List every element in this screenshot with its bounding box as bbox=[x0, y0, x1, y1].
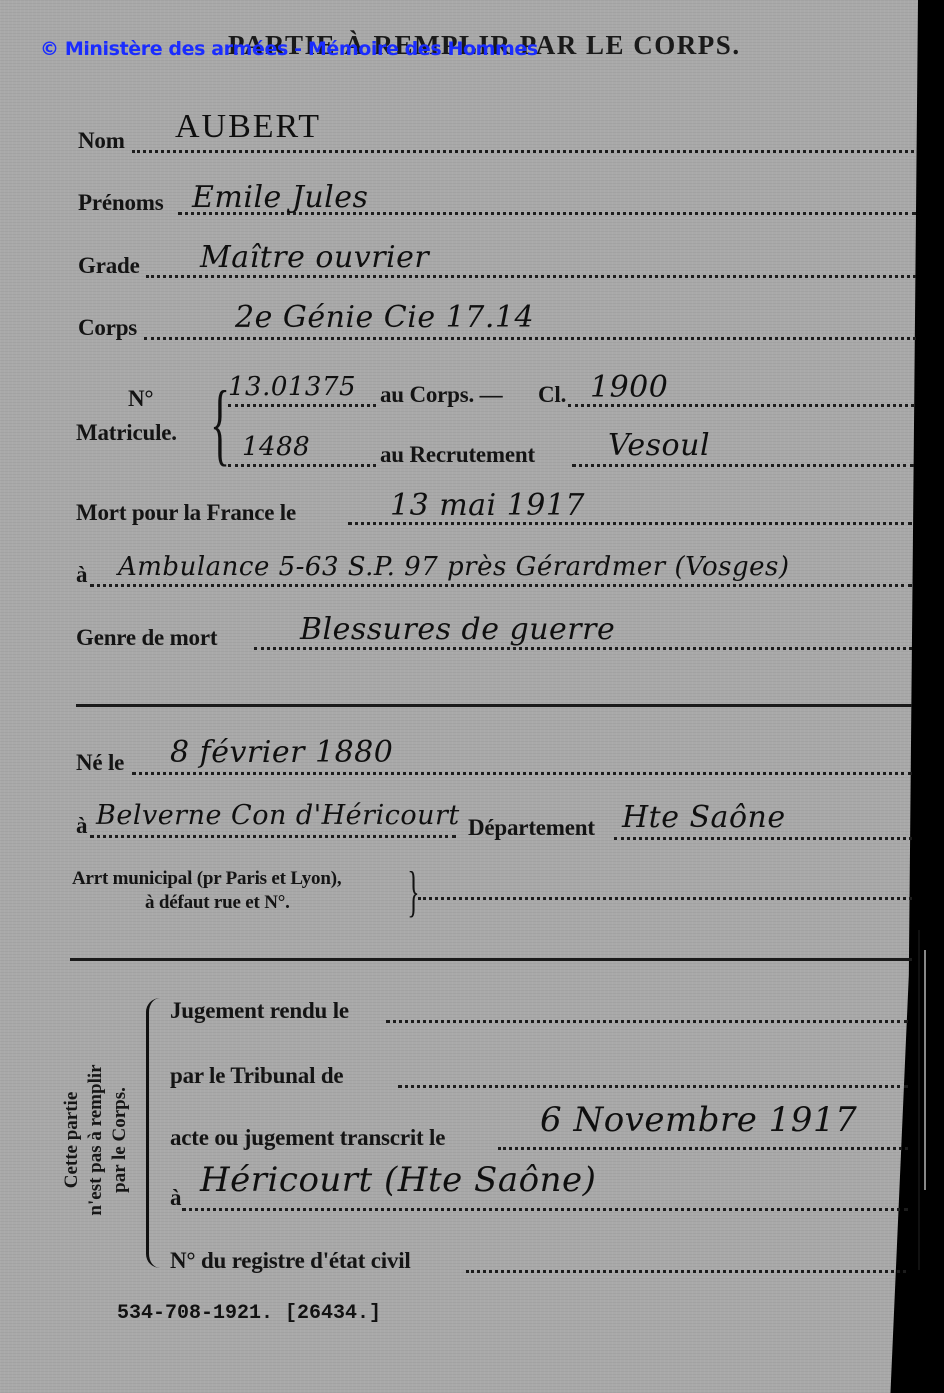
matricule-corps-number: 13.01375 bbox=[228, 372, 356, 402]
nom-value: AUBERT bbox=[175, 108, 321, 146]
copyright-watermark: © Ministère des armées - Mémoire des Hom… bbox=[40, 38, 538, 60]
mort-date-label: Mort pour la France le bbox=[76, 500, 296, 526]
ne-lieu-line bbox=[90, 835, 456, 838]
grade-line bbox=[146, 275, 916, 278]
registre-label: N° du registre d'état civil bbox=[170, 1248, 411, 1274]
au-recrutement-label: au Recrutement bbox=[380, 442, 535, 468]
page-edge-line bbox=[924, 950, 926, 1190]
tribunal-line bbox=[398, 1085, 908, 1088]
jugement-line bbox=[386, 1020, 908, 1023]
corps-value: 2e Génie Cie 17.14 bbox=[235, 300, 534, 335]
form-reference-code: 534-708-1921. [26434.] bbox=[117, 1302, 381, 1325]
tribunal-brace bbox=[146, 998, 163, 1268]
transcrit-lieu-value: Héricourt (Hte Saône) bbox=[200, 1160, 596, 1200]
mort-lieu-line bbox=[90, 584, 912, 587]
matricule-label: Matricule. bbox=[76, 420, 177, 446]
side-note: Cette partie n'est pas à remplir par le … bbox=[60, 1040, 132, 1240]
mort-date-value: 13 mai 1917 bbox=[390, 488, 585, 523]
jugement-label: Jugement rendu le bbox=[170, 998, 349, 1024]
corps-line bbox=[144, 337, 916, 340]
prenoms-value: Emile Jules bbox=[192, 180, 368, 215]
recrutement-line bbox=[572, 464, 914, 467]
ne-le-label: Né le bbox=[76, 750, 124, 776]
transcrit-lieu-label: à bbox=[170, 1185, 181, 1211]
recrutement-number-line bbox=[228, 464, 376, 467]
genre-mort-label: Genre de mort bbox=[76, 625, 217, 651]
arr-municipal-label: Arrt municipal (pr Paris et Lyon), bbox=[72, 868, 341, 890]
arr-municipal-label-2: à défaut rue et N°. bbox=[145, 892, 290, 914]
departement-line bbox=[614, 837, 912, 840]
transcrit-line bbox=[498, 1147, 908, 1150]
departement-label: Département bbox=[468, 815, 595, 841]
mort-lieu-value: Ambulance 5-63 S.P. 97 près Gérardmer (V… bbox=[118, 552, 790, 582]
matricule-no-label: N° bbox=[128, 386, 153, 412]
side-note-line-1: Cette partie bbox=[60, 1040, 84, 1240]
page-edge-line bbox=[918, 930, 920, 1270]
corps-label: Corps bbox=[78, 315, 137, 341]
ne-le-line bbox=[132, 772, 912, 775]
arr-municipal-brace: } bbox=[407, 860, 419, 924]
transcrit-value: 6 Novembre 1917 bbox=[540, 1100, 857, 1140]
registre-line bbox=[466, 1270, 906, 1273]
classe-value: 1900 bbox=[590, 370, 668, 405]
departement-value: Hte Saône bbox=[622, 800, 786, 835]
side-note-line-3: par le Corps. bbox=[108, 1040, 132, 1240]
recrutement-value: Vesoul bbox=[608, 428, 710, 463]
mort-lieu-label: à bbox=[76, 562, 87, 588]
nom-line bbox=[132, 150, 914, 153]
ne-lieu-value: Belverne Con d'Héricourt bbox=[96, 800, 460, 831]
genre-mort-value: Blessures de guerre bbox=[300, 612, 615, 647]
ne-le-value: 8 février 1880 bbox=[170, 735, 393, 770]
grade-label: Grade bbox=[78, 253, 140, 279]
recrutement-number: 1488 bbox=[242, 432, 310, 462]
au-corps-label: au Corps. — bbox=[380, 382, 502, 408]
tribunal-label: par le Tribunal de bbox=[170, 1063, 343, 1089]
transcrit-label: acte ou jugement transcrit le bbox=[170, 1125, 445, 1151]
section-divider bbox=[76, 704, 912, 707]
side-note-line-2: n'est pas à remplir bbox=[84, 1040, 108, 1240]
grade-value: Maître ouvrier bbox=[200, 240, 429, 275]
ne-lieu-label: à bbox=[76, 813, 87, 839]
transcrit-lieu-line bbox=[182, 1208, 908, 1211]
classe-label: Cl. bbox=[538, 382, 566, 408]
arr-municipal-line bbox=[418, 897, 912, 900]
matricule-corps-line bbox=[228, 404, 376, 407]
section-divider bbox=[70, 958, 912, 961]
genre-mort-line bbox=[254, 647, 912, 650]
nom-label: Nom bbox=[78, 128, 125, 154]
prenoms-label: Prénoms bbox=[78, 190, 163, 216]
